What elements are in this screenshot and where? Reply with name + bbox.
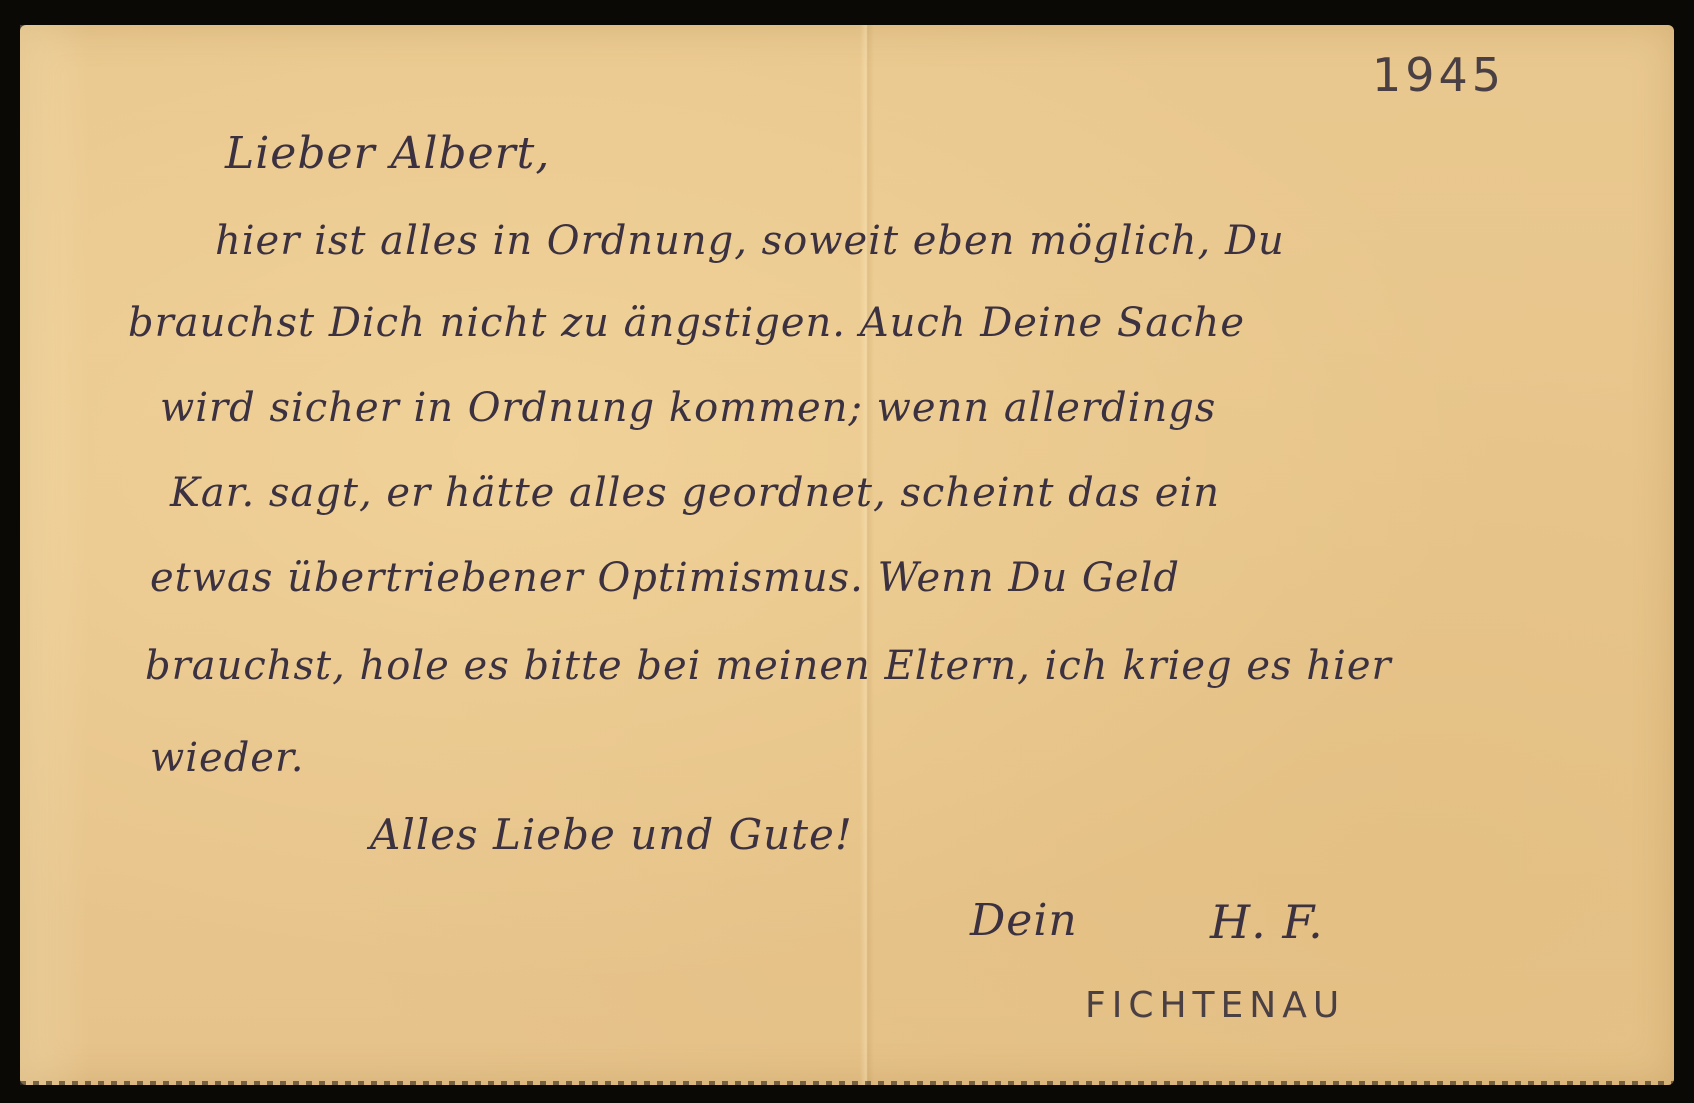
- body-line: brauchst Dich nicht zu ängstigen. Auch D…: [128, 300, 1245, 346]
- body-line: wieder.: [150, 735, 304, 781]
- body-line: Kar. sagt, er hätte alles geordnet, sche…: [170, 470, 1220, 516]
- signature-dein: Dein: [970, 895, 1078, 946]
- signature-initials: H. F.: [1210, 895, 1324, 949]
- body-line: wird sicher in Ordnung kommen; wenn alle…: [160, 385, 1216, 431]
- body-line: hier ist alles in Ordnung, soweit eben m…: [215, 218, 1285, 264]
- salutation: Lieber Albert,: [225, 128, 550, 179]
- signature-printed-name: FICHTENAU: [1085, 985, 1345, 1026]
- closing: Alles Liebe und Gute!: [370, 810, 853, 859]
- torn-bottom-edge: [20, 1081, 1674, 1089]
- paper-crease: [20, 25, 90, 1085]
- body-line: brauchst, hole es bitte bei meinen Elter…: [145, 643, 1392, 689]
- body-line: etwas übertriebener Optimismus. Wenn Du …: [150, 555, 1180, 601]
- year-note: 1945: [1372, 48, 1505, 102]
